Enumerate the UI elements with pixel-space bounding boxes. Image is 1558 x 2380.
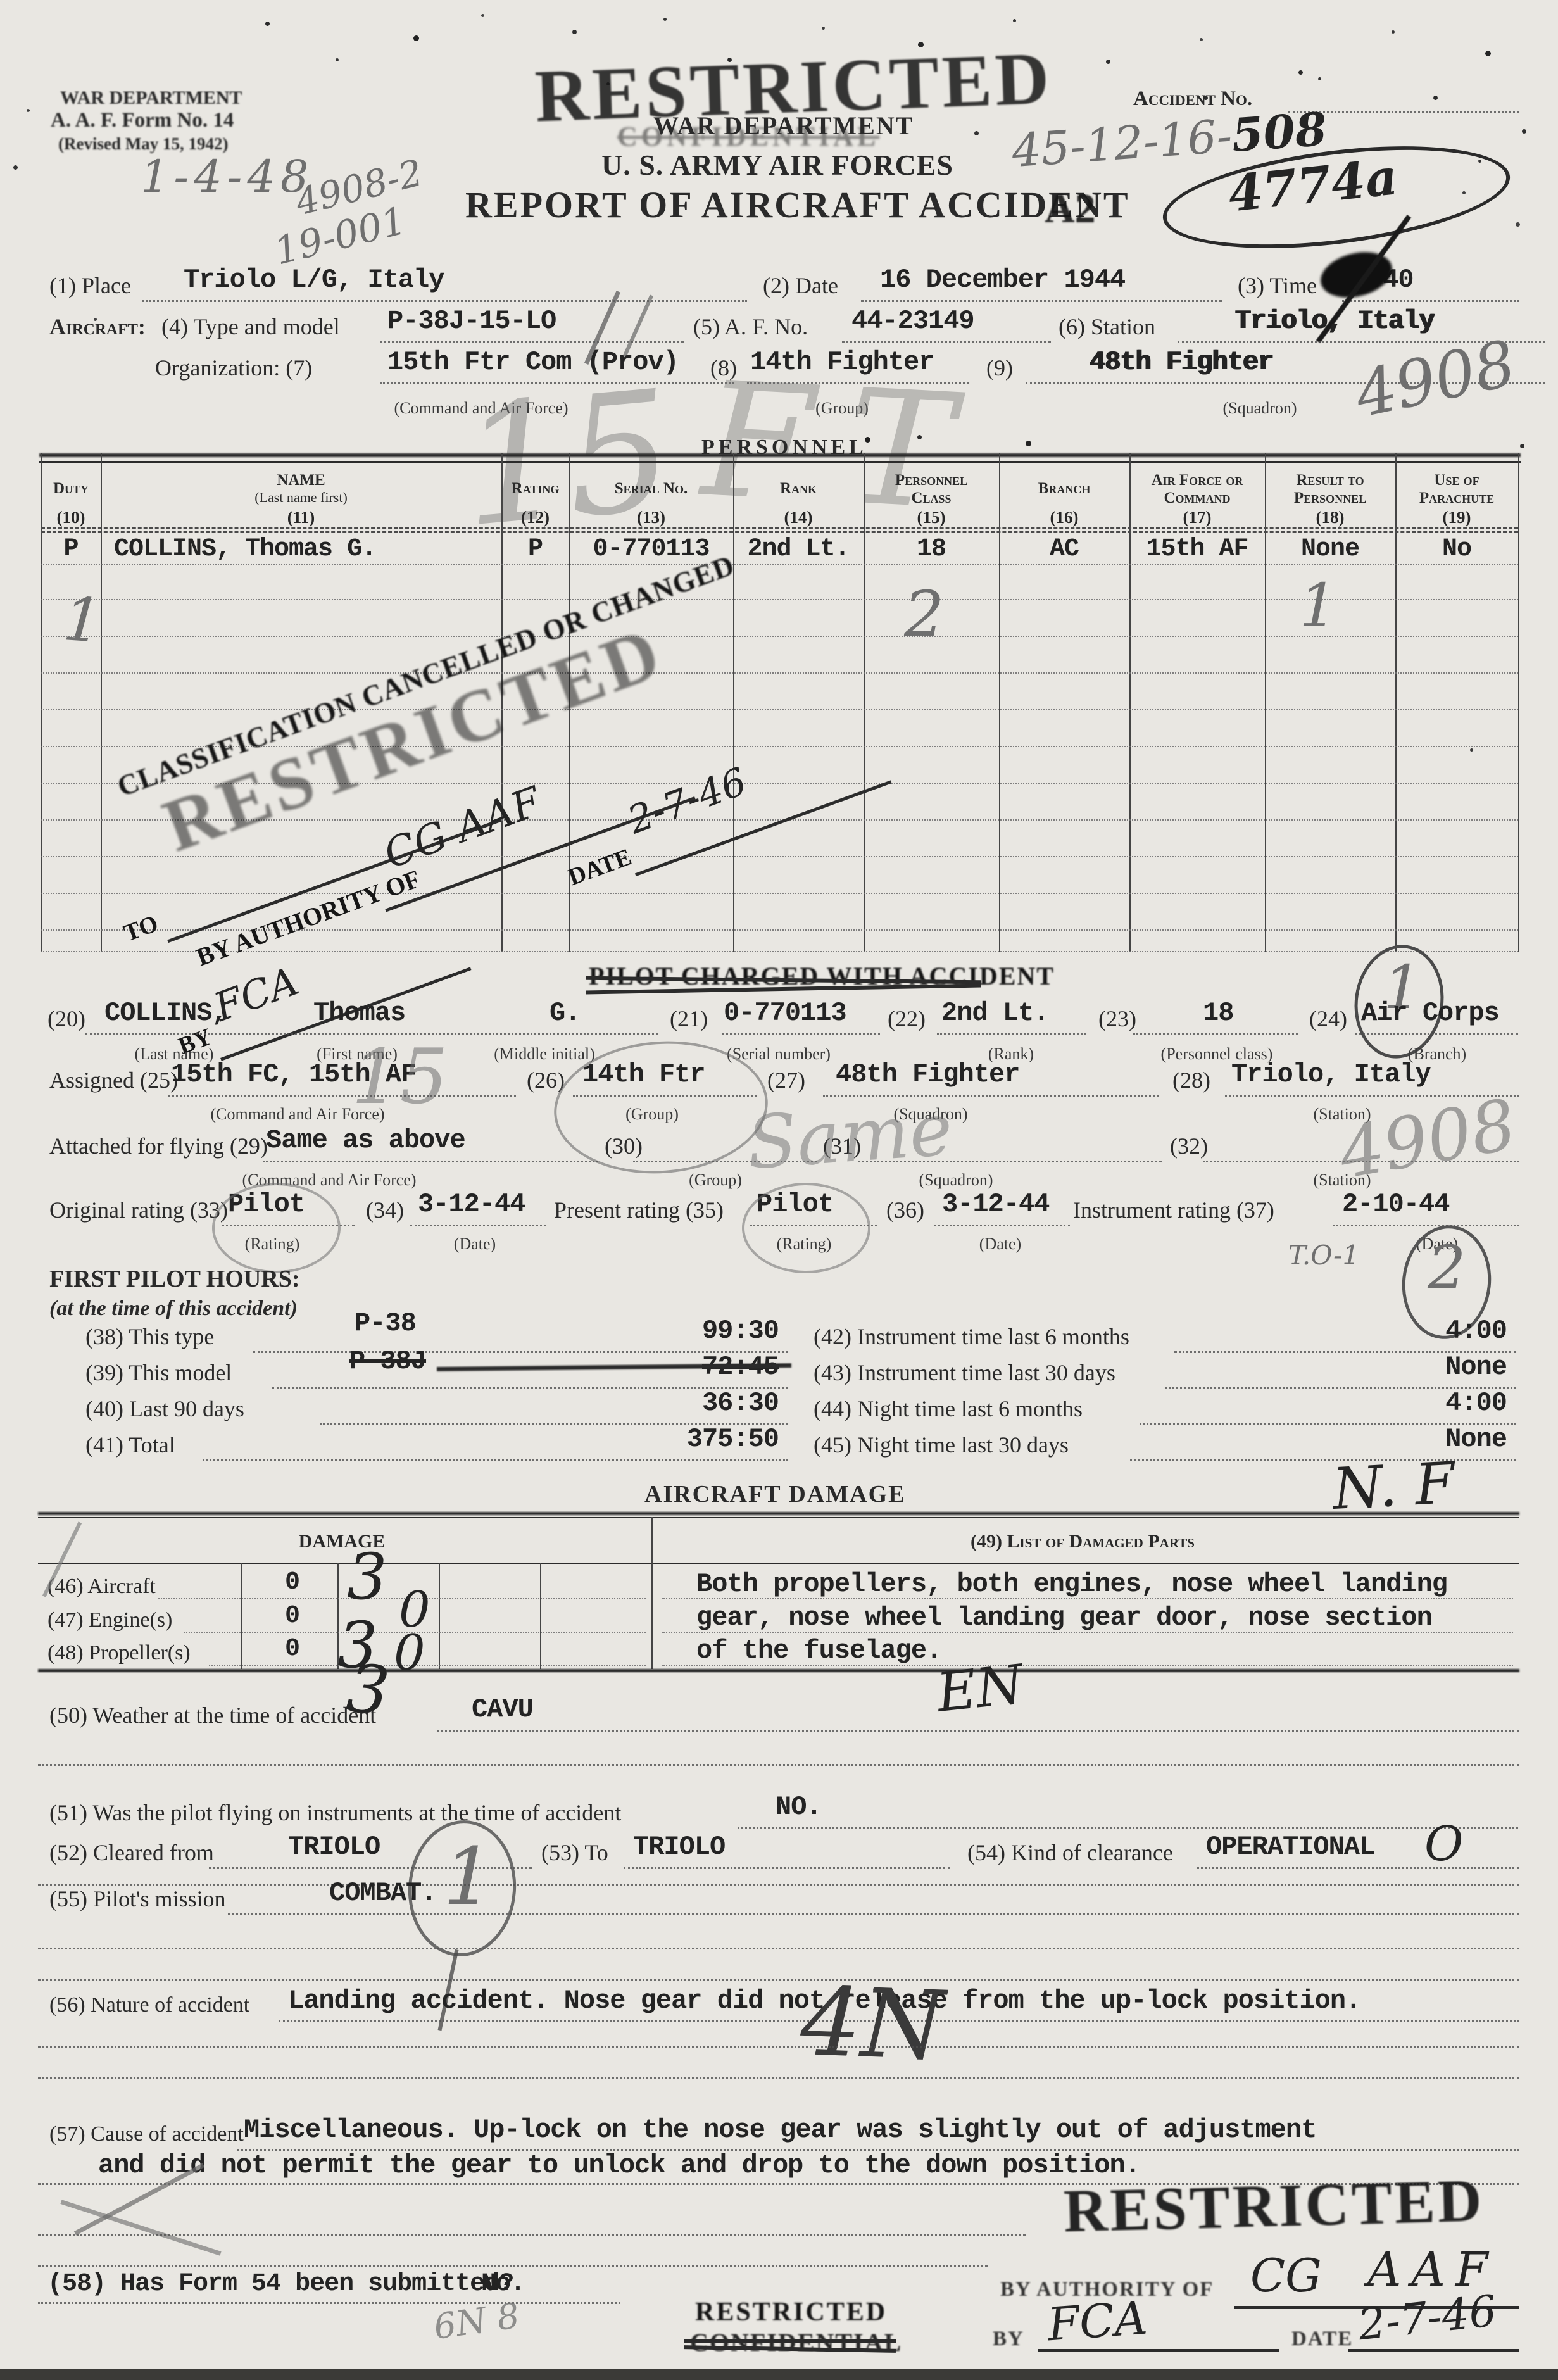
place-value: Triolo L/G, Italy: [184, 265, 444, 295]
damage-col-header: DAMAGE: [152, 1531, 532, 1552]
blank-rule: [38, 1884, 1519, 1886]
hw-damage-3a: 3: [347, 1540, 387, 1614]
line20-rule: [937, 1033, 1086, 1035]
col-header-rating: Rating: [501, 480, 569, 498]
organization-label: Organization: (7): [155, 355, 312, 381]
col-no: (15): [864, 508, 999, 527]
attached-command: Same as above: [266, 1125, 465, 1155]
col-label: Rank: [733, 480, 864, 498]
r47-value: 0: [285, 1602, 299, 1630]
inst-rating-label: Instrument rating (37): [1073, 1197, 1274, 1223]
af-no-line: [842, 341, 1051, 343]
damage-header-rule: [38, 1563, 1519, 1564]
pilot-branch: Air Corps: [1361, 998, 1499, 1028]
col-no: (10): [41, 508, 101, 527]
hw-same: Same: [744, 1087, 955, 1186]
hw-loop-pres: [742, 1183, 870, 1273]
date-underline: [1348, 2349, 1519, 2352]
pres-rating-label: Present rating (35): [554, 1197, 724, 1223]
row-command: 15th AF: [1129, 535, 1265, 564]
weather-rule: [437, 1730, 1519, 1732]
damage-title: AIRCRAFT DAMAGE: [644, 1480, 905, 1508]
to-rule: [624, 1867, 950, 1869]
table-vline: [1518, 453, 1519, 952]
col-label: Result to: [1265, 472, 1395, 489]
damage-subline: [540, 1563, 541, 1669]
time-line: [1342, 300, 1519, 302]
clearance-value: OPERATIONAL: [1206, 1832, 1374, 1862]
blank-rule: [38, 1764, 1519, 1766]
hw-cg: CG: [1250, 2249, 1322, 2302]
col-no: (11): [101, 508, 501, 527]
attached-command-sub: (Command and Air Force): [203, 1171, 456, 1190]
n28: (28): [1172, 1067, 1210, 1093]
hw-4n: 4N: [799, 1967, 946, 2082]
r42-label: (42) Instrument time last 6 months: [814, 1323, 1129, 1350]
place-line: [142, 300, 747, 302]
r44-label: (44) Night time last 6 months: [814, 1395, 1083, 1422]
nature-label: (56) Nature of accident: [49, 1993, 249, 2017]
r48-value: 0: [285, 1635, 299, 1663]
col-sub: Parachute: [1395, 489, 1518, 507]
attached-label: Attached for flying (29): [49, 1133, 268, 1159]
r46-value: 0: [285, 1568, 299, 1597]
pilot-mi: G.: [550, 998, 580, 1028]
list-col-header: (49) List of Damaged Parts: [779, 1531, 1386, 1552]
hw-file-date: 1-4-48: [141, 151, 313, 203]
damage-list-2: gear, nose wheel landing gear door, nose…: [696, 1602, 1432, 1633]
row-parachute: No: [1395, 535, 1518, 564]
pilot-last: COLLINS,: [104, 998, 227, 1028]
cancel-date-label: DATE: [565, 843, 636, 891]
hw-circle-o: O: [1424, 1816, 1464, 1872]
clearance-rule: [1197, 1867, 1519, 1869]
list-row-rule: [662, 1665, 1513, 1666]
time-label: (3) Time: [1238, 272, 1317, 299]
r48-label: (48) Propeller(s): [47, 1641, 191, 1665]
r40-value: 36:30: [646, 1388, 779, 1418]
type-model-line: [380, 341, 684, 343]
instruments-value: NO.: [776, 1792, 822, 1822]
col-no: (18): [1265, 508, 1395, 527]
org-squadron-sub: (Squadron): [1165, 399, 1355, 418]
org-squadron-value: 48th Fighter: [1089, 347, 1272, 377]
cancel-to: TO: [120, 910, 162, 948]
r38-type: P-38: [355, 1308, 416, 1338]
to-label: (53) To: [541, 1839, 608, 1866]
hw-result-mark: 1: [1299, 571, 1337, 641]
pilot-first: Thomas: [313, 998, 405, 1028]
col-label: Air Force or: [1129, 472, 1265, 489]
ink-speckles: [0, 0, 3, 3]
form-dept: WAR DEPARTMENT: [60, 87, 242, 109]
line20-rule: [1355, 1033, 1518, 1035]
r41-label: (41) Total: [85, 1432, 175, 1458]
rating-rule: [1333, 1225, 1519, 1226]
blank-rule: [38, 1948, 1519, 1949]
af-no-value: 44-23149: [851, 306, 974, 336]
n22: (22): [888, 1005, 926, 1032]
r42-value: 4:00: [1380, 1316, 1507, 1346]
date-label: DATE: [1291, 2327, 1353, 2351]
restricted-stamp-bottom: RESTRICTED: [1063, 2165, 1485, 2246]
col-sub: Class: [864, 489, 999, 507]
r46-label: (46) Aircraft: [47, 1575, 156, 1599]
row-result: None: [1265, 535, 1395, 564]
confidential-strike-1: [684, 2339, 896, 2343]
instruments-label: (51) Was the pilot flying on instruments…: [49, 1799, 621, 1826]
pilot-rank: 2nd Lt.: [941, 998, 1048, 1028]
cancel-authority-hw: CG AAF: [378, 778, 547, 878]
pilot-serial: 0-770113: [724, 998, 846, 1028]
station-value: Triolo, Italy: [1234, 306, 1434, 336]
r40-label: (40) Last 90 days: [85, 1395, 244, 1422]
col-header-result: Result toPersonnel: [1265, 472, 1395, 507]
hw-4908-attached: 4908: [1333, 1084, 1522, 1195]
date-line: [861, 300, 1222, 302]
cancel-date-hw: 2-7-46: [622, 759, 753, 843]
assigned-group-sub: (Group): [589, 1105, 715, 1124]
blank-rule-partial: [38, 2265, 988, 2267]
line20-rule: [1133, 1033, 1298, 1035]
n21: (21): [670, 1005, 708, 1032]
rating-rule: [934, 1225, 1070, 1226]
cleared-from-value: TRIOLO: [288, 1832, 380, 1862]
col-label: Serial No.: [569, 480, 733, 498]
damage-bottom: [38, 1669, 1519, 1672]
damage-list-3: of the fuselage.: [696, 1635, 941, 1666]
damage-subline: [241, 1563, 242, 1669]
col-header-class: PersonnelClass: [864, 472, 999, 507]
instruments-rule: [738, 1827, 1518, 1829]
af-no-label: (5) A. F. No.: [693, 313, 808, 340]
pres-rating-date: 3-12-44: [942, 1189, 1049, 1219]
hw-big-1: 1: [443, 1831, 494, 1923]
col-header-name: NAME(Last name first): [101, 472, 501, 505]
mission-rule: [228, 1913, 1519, 1915]
hours-subtitle: (at the time of this accident): [49, 1297, 298, 1321]
damage-subline: [439, 1563, 440, 1669]
col-header-command: Air Force orCommand: [1129, 472, 1265, 507]
damage-list-1: Both propellers, both engines, nose whee…: [696, 1569, 1447, 1599]
r43-label: (43) Instrument time last 30 days: [814, 1359, 1115, 1386]
damage-top-2: [38, 1517, 1519, 1518]
col-sub: (Last name first): [101, 489, 501, 505]
col-label: Duty: [41, 480, 101, 498]
col-no: (13): [569, 508, 733, 527]
cause-line1: Miscellaneous. Up-lock on the nose gear …: [244, 2115, 1316, 2145]
clearance-label: (54) Kind of clearance: [967, 1839, 1173, 1866]
r44-value: 4:00: [1380, 1388, 1507, 1418]
pres-date-sub: (Date): [953, 1235, 1048, 1254]
hw-loop-orig: [212, 1183, 341, 1273]
r41-value: 375:50: [646, 1424, 779, 1454]
assigned-station: Triolo, Italy: [1231, 1059, 1431, 1090]
form54-value: No.: [481, 2270, 525, 2298]
col-header-parachute: Use ofParachute: [1395, 472, 1518, 507]
col-label: Branch: [999, 480, 1129, 498]
assigned-rule: [168, 1095, 516, 1097]
report-title: REPORT OF AIRCRAFT ACCIDENT: [465, 184, 1130, 226]
rating-rule: [410, 1225, 546, 1226]
row-branch: AC: [999, 535, 1129, 564]
table-top-border-2: [39, 461, 1521, 463]
cause-label: (57) Cause of accident: [49, 2122, 244, 2146]
orig-rating-label: Original rating (33): [49, 1197, 228, 1223]
weather-label: (50) Weather at the time of accident: [49, 1702, 376, 1728]
n23: (23): [1098, 1005, 1136, 1032]
orig-date-sub: (Date): [427, 1235, 522, 1254]
col-no: (17): [1129, 508, 1265, 527]
mission-value: COMBAT.: [329, 1878, 436, 1908]
date-label: (2) Date: [763, 272, 838, 299]
by-label: BY: [993, 2327, 1024, 2351]
aircraft-prefix: Aircraft:: [49, 313, 146, 340]
col-no: (16): [999, 508, 1129, 527]
hw-damage-0b: 0: [394, 1625, 425, 1682]
list-row-rule: [662, 1598, 1513, 1599]
r45-label: (45) Night time last 30 days: [814, 1432, 1069, 1458]
col-label: Use of: [1395, 472, 1518, 489]
list-row-rule: [662, 1632, 1513, 1633]
scan-edge: [0, 2369, 1558, 2380]
col-label: Rating: [501, 480, 569, 498]
col-sub: Command: [1129, 489, 1265, 507]
damage-top-1: [38, 1512, 1519, 1515]
blank-rule: [38, 1979, 1519, 1981]
type-model-label: (4) Type and model: [161, 313, 340, 340]
assigned-label: Assigned (25): [49, 1067, 178, 1093]
pilot-class: 18: [1203, 998, 1233, 1028]
cause-line2: and did not permit the gear to unlock an…: [98, 2150, 1140, 2181]
n26: (26): [527, 1067, 565, 1093]
n27: (27): [767, 1067, 805, 1093]
n32: (32): [1170, 1133, 1208, 1159]
usaaf-title: U. S. ARMY AIR FORCES: [601, 148, 953, 182]
n20: (20): [47, 1005, 85, 1032]
line20-rule: [722, 1033, 880, 1035]
war-department-title: WAR DEPARTMENT: [653, 111, 914, 141]
col-sub: Personnel: [1265, 489, 1395, 507]
col-no: (12): [501, 508, 569, 527]
col-header-duty: Duty: [41, 480, 101, 498]
hw-en: EN: [934, 1653, 1026, 1725]
r41-rule: [203, 1459, 788, 1461]
blank-rule: [38, 2046, 1519, 2048]
n36: (36): [886, 1197, 924, 1223]
n24: (24): [1309, 1005, 1347, 1032]
col-no: (19): [1395, 508, 1518, 527]
scanned-accident-report-form: WAR DEPARTMENT A. A. F. Form No. 14 (Rev…: [0, 0, 1558, 2380]
attached-rule: [263, 1161, 598, 1162]
n34: (34): [366, 1197, 404, 1223]
type-model-value: P-38J-15-LO: [387, 306, 556, 336]
blank-rule: [38, 2077, 1519, 2079]
damage-row-rule: [209, 1665, 646, 1666]
form-number: A. A. F. Form No. 14: [51, 109, 234, 132]
r39-type: P-38J: [349, 1346, 426, 1376]
accident-no-label: Accident No.: [1133, 87, 1252, 111]
by-underline: [1038, 2349, 1279, 2352]
col-header-branch: Branch: [999, 480, 1129, 498]
form54-label: (58) Has Form 54 been submitted?: [47, 2270, 513, 2298]
restricted-small-stamp: RESTRICTED: [695, 2297, 887, 2327]
table-top-border-1: [39, 453, 1521, 457]
damage-divider: [651, 1517, 653, 1669]
r39-label: (39) This model: [85, 1359, 232, 1386]
place-label: (1) Place: [49, 272, 131, 299]
cleared-from-label: (52) Cleared from: [49, 1839, 214, 1866]
n30: (30): [605, 1133, 643, 1159]
col-label: NAME: [101, 472, 501, 489]
col-header-rank: Rank: [733, 480, 864, 498]
assigned-command-sub: (Command and Air Force): [203, 1105, 393, 1124]
r38-value: 99:30: [646, 1316, 779, 1346]
hw-to1: T.O-1: [1288, 1240, 1359, 1271]
hw-fca: FCA: [1046, 2291, 1149, 2352]
inst-rating-date: 2-10-44: [1342, 1189, 1449, 1219]
assigned-rule: [573, 1095, 757, 1097]
a2-stamp: A2: [1045, 185, 1096, 233]
r43-value: None: [1380, 1352, 1507, 1382]
hw-duty-mark: 1: [61, 584, 104, 657]
r47-label: (47) Engine(s): [47, 1608, 172, 1632]
mission-label: (55) Pilot's mission: [49, 1886, 226, 1912]
orig-rating-date: 3-12-44: [418, 1189, 525, 1219]
assigned-squadron: 48th Fighter: [836, 1059, 1019, 1090]
row-rating: P: [501, 535, 569, 564]
form54-rule: [38, 2302, 620, 2304]
hw-circle-2: 2: [1428, 1233, 1466, 1303]
hours-title: FIRST PILOT HOURS:: [49, 1265, 300, 1293]
blank-rule-partial: [38, 2234, 1026, 2236]
row-duty: P: [41, 535, 101, 564]
col-header-serial: Serial No.: [569, 480, 733, 498]
to-value: TRIOLO: [633, 1832, 725, 1862]
weather-value: CAVU: [472, 1694, 533, 1725]
row-name: COLLINS, Thomas G.: [114, 535, 376, 564]
r38-label: (38) This type: [85, 1323, 214, 1350]
date-value: 16 December 1944: [880, 265, 1125, 295]
col-label: Personnel: [864, 472, 999, 489]
r45-rule: [1130, 1459, 1516, 1461]
station-label: (6) Station: [1059, 313, 1155, 340]
